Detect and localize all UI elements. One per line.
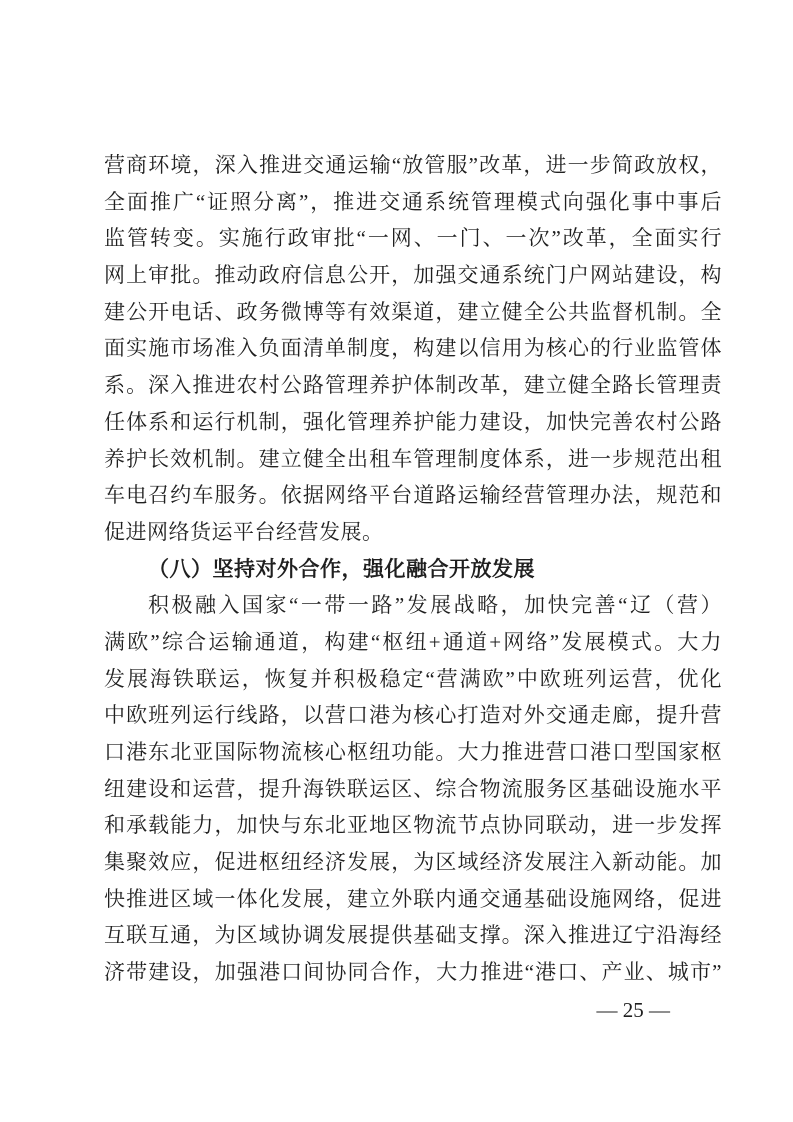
text-line: 快推进区域一体化发展，建立外联内通交通基础设施网络，促进 xyxy=(104,881,722,918)
text-line: 发展海铁联运，恢复并积极稳定“营满欧”中欧班列运营，优化 xyxy=(104,661,722,698)
text-line: 面实施市场准入负面清单制度，构建以信用为核心的行业监管体 xyxy=(104,330,722,367)
text-line: 系。深入推进农村公路管理养护体制改革，建立健全路长管理责 xyxy=(104,367,722,404)
text-line: 济带建设，加强港口间协同合作，大力推进“港口、产业、城市” xyxy=(104,954,722,991)
text-line: 养护长效机制。建立健全出租车管理制度体系，进一步规范出租 xyxy=(104,441,722,478)
document-page: 营商环境，深入推进交通运输“放管服”改革，进一步简政放权， 全面推广“证照分离”… xyxy=(0,0,793,1122)
text-line: 中欧班列运行线路，以营口港为核心打造对外交通走廊，提升营 xyxy=(104,697,722,734)
text-line: 全面推广“证照分离”，推进交通系统管理模式向强化事中事后 xyxy=(104,184,722,221)
text-line: 建公开电话、政务微博等有效渠道，建立健全公共监督机制。全 xyxy=(104,294,722,331)
text-line: 任体系和运行机制，强化管理养护能力建设，加快完善农村公路 xyxy=(104,404,722,441)
text-line: 网上审批。推动政府信息公开，加强交通系统门户网站建设，构 xyxy=(104,257,722,294)
text-line: 纽建设和运营，提升海铁联运区、综合物流服务区基础设施水平 xyxy=(104,771,722,808)
text-line: 集聚效应，促进枢纽经济发展，为区域经济发展注入新动能。加 xyxy=(104,844,722,881)
text-line: 积极融入国家“一带一路”发展战略，加快完善“辽（营） xyxy=(104,587,722,624)
text-line: 互联互通，为区域协调发展提供基础支撑。深入推进辽宁沿海经 xyxy=(104,917,722,954)
text-line: 车电召约车服务。依据网络平台道路运输经营管理办法，规范和 xyxy=(104,477,722,514)
text-line: 促进网络货运平台经营发展。 xyxy=(104,514,722,551)
text-line: 和承载能力，加快与东北亚地区物流节点协同联动，进一步发挥 xyxy=(104,807,722,844)
section-heading: （八）坚持对外合作，强化融合开放发展 xyxy=(104,551,722,588)
text-line: 口港东北亚国际物流核心枢纽功能。大力推进营口港口型国家枢 xyxy=(104,734,722,771)
page-body: 营商环境，深入推进交通运输“放管服”改革，进一步简政放权， 全面推广“证照分离”… xyxy=(104,147,722,991)
text-line: 满欧”综合运输通道，构建“枢纽+通道+网络”发展模式。大力 xyxy=(104,624,722,661)
text-line: 营商环境，深入推进交通运输“放管服”改革，进一步简政放权， xyxy=(104,147,722,184)
page-number: — 25 — xyxy=(597,997,671,1023)
text-line: 监管转变。实施行政审批“一网、一门、一次”改革，全面实行 xyxy=(104,220,722,257)
